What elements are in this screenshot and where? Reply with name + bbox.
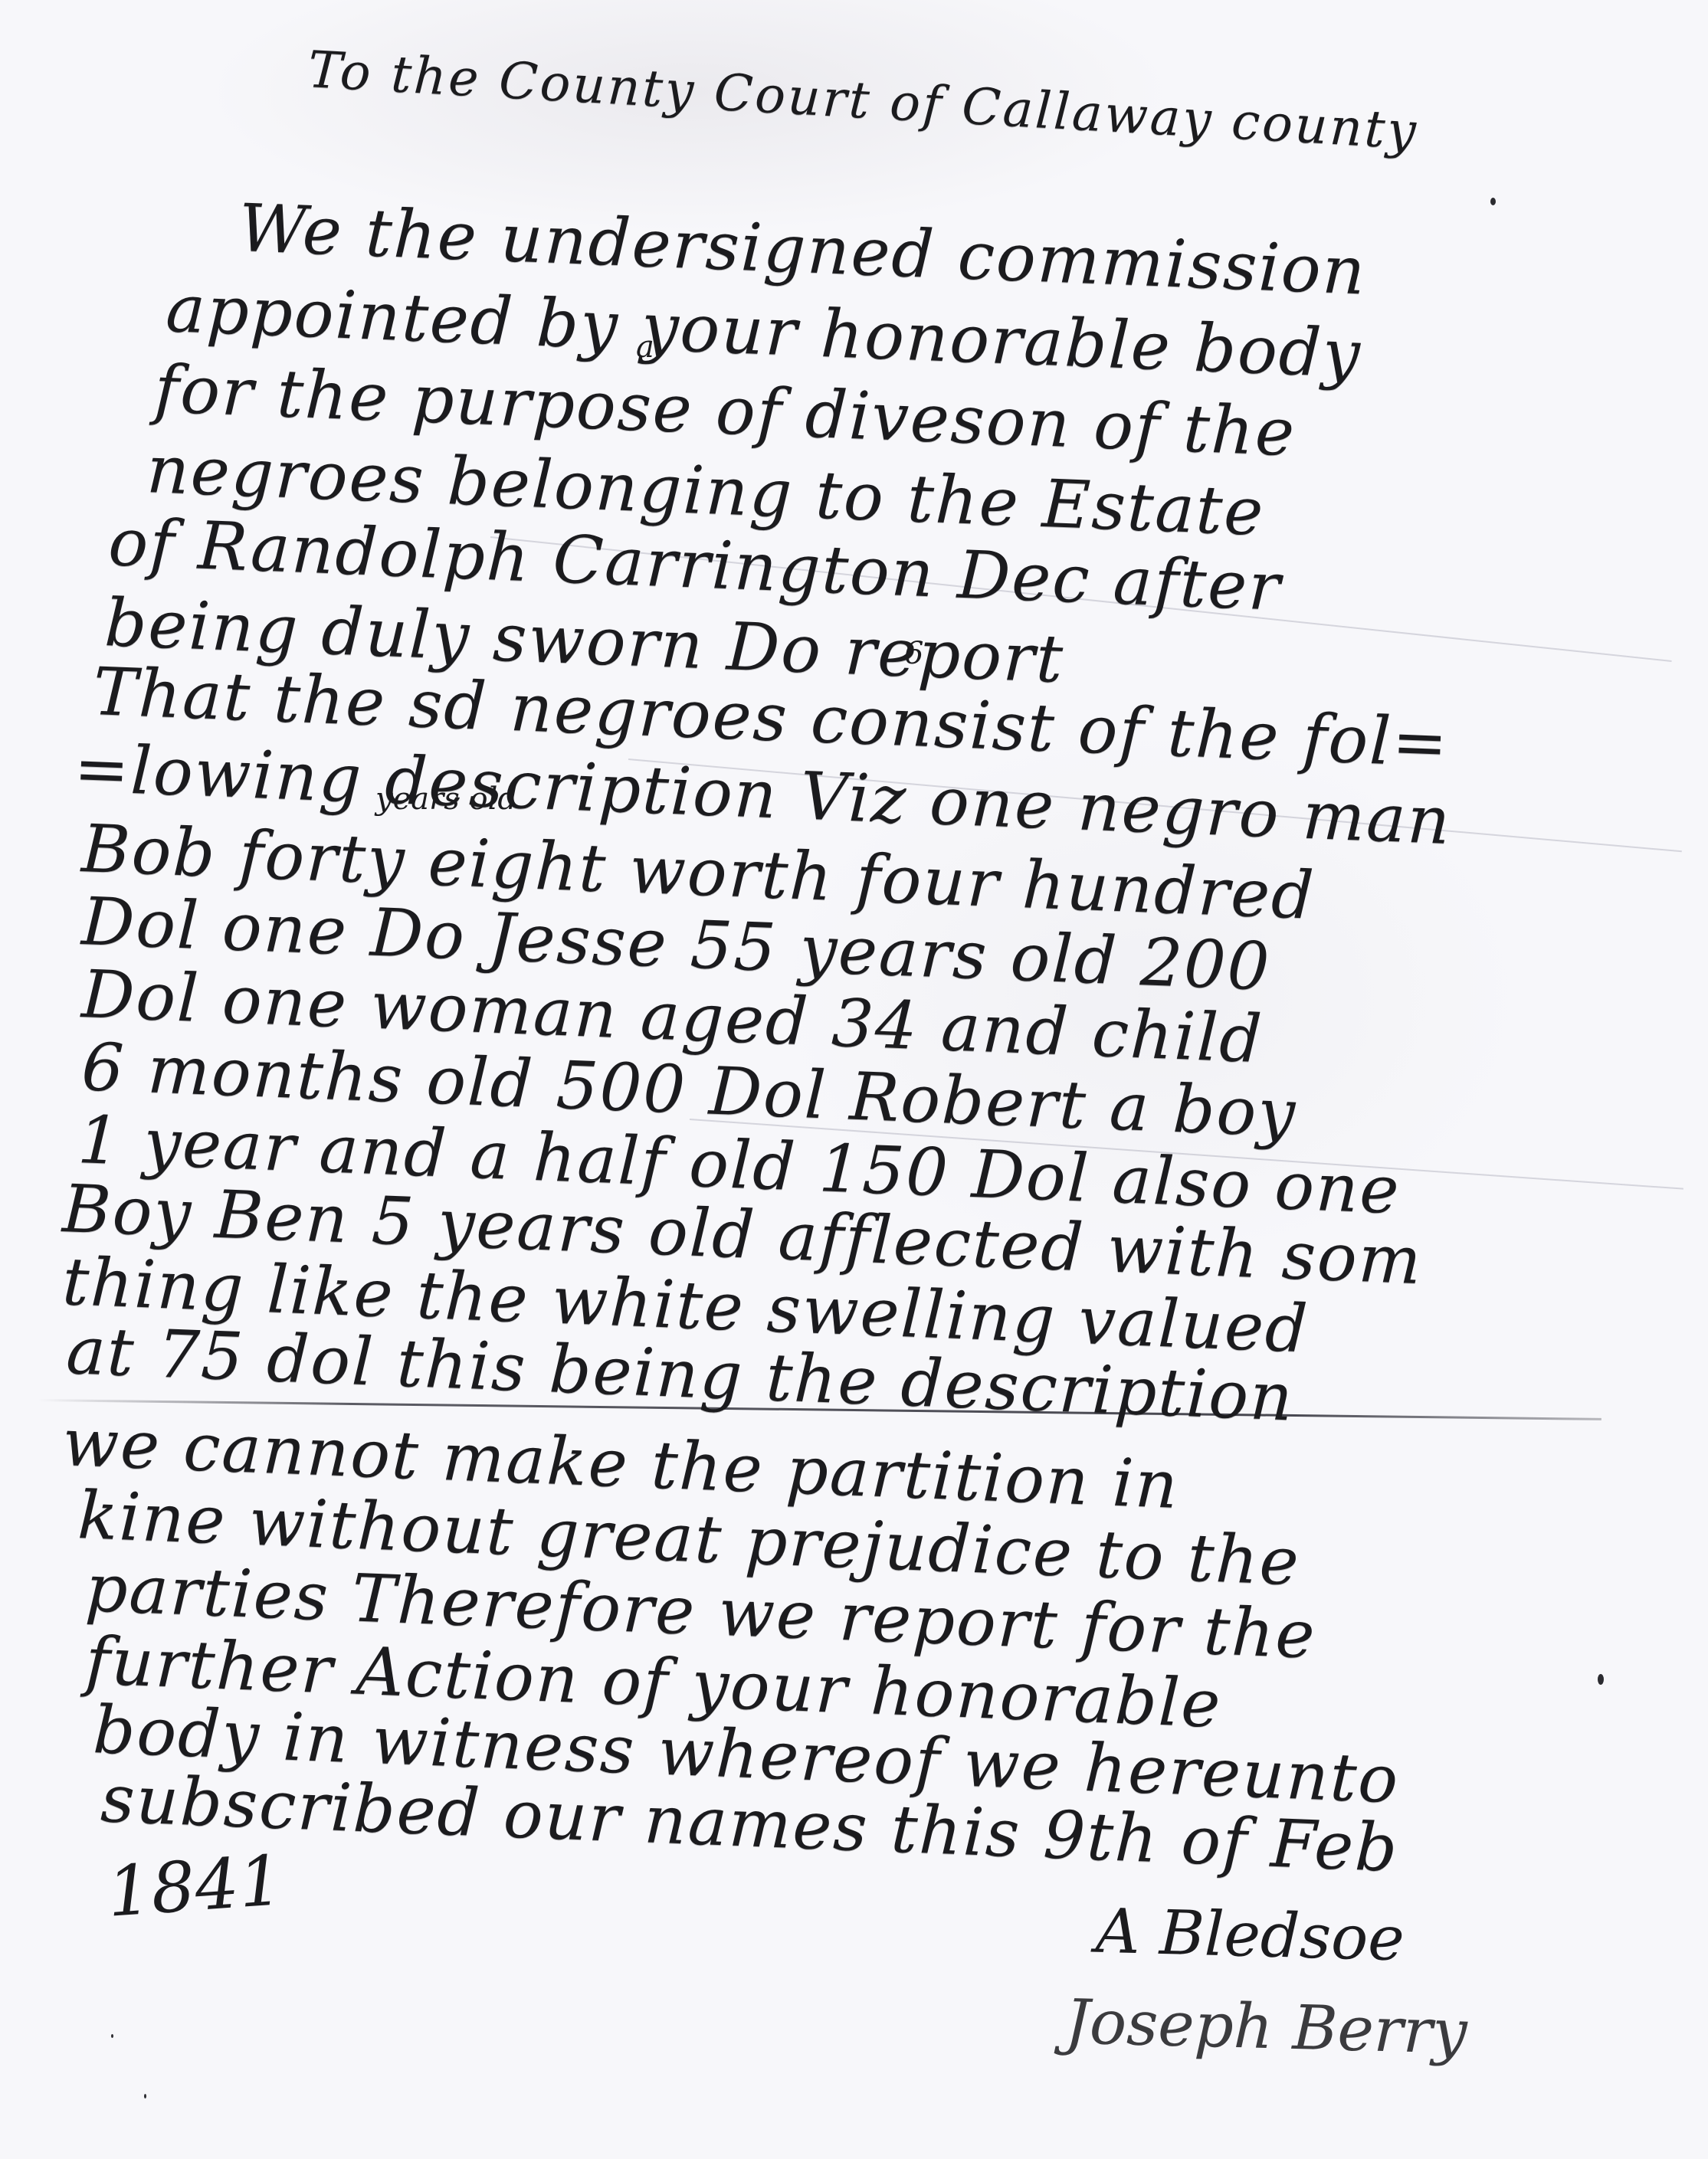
interlinear-insertion-six: 6 [904,636,923,671]
signature: Joseph Berry [1064,1986,1468,2068]
document-heading: To the County Court of Callaway county [307,40,1420,161]
document-year: 1841 [105,1840,286,1933]
signature: A Bledsoe [1095,1895,1468,1977]
scan-speck [1598,1674,1604,1685]
scan-speck [111,2034,113,2038]
interlinear-insertion-a: a [636,329,654,365]
scan-speck [144,2094,146,2098]
document-page: To the County Court of Callaway county W… [0,0,1708,2159]
signature-block: A Bledsoe Joseph Berry [1096,1900,1467,2062]
interlinear-insertion-years-old: years old [375,781,517,817]
scan-speck [1490,198,1496,205]
